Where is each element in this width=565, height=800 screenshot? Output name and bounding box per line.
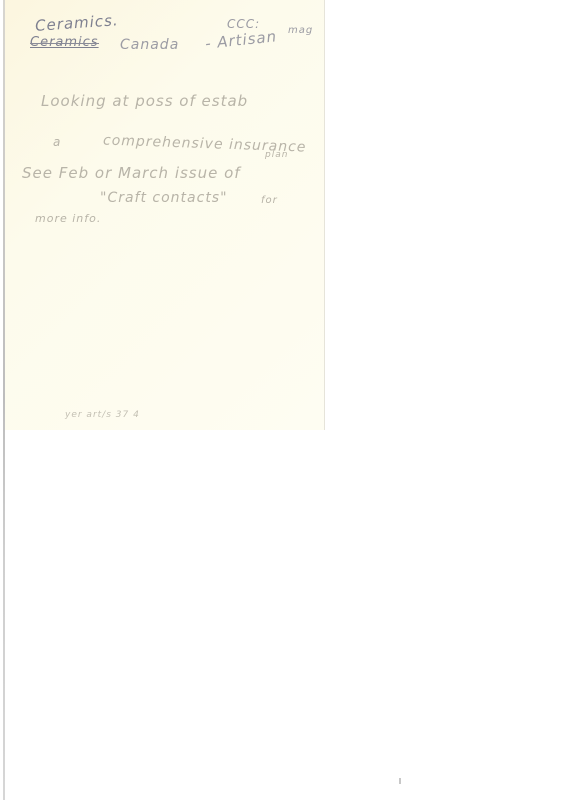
note-country: Canada — [120, 37, 179, 53]
note-source-suffix: mag — [288, 25, 313, 36]
note-line: for — [261, 195, 278, 206]
note-bullet: a — [53, 135, 61, 149]
note-insertion: plan — [265, 150, 288, 160]
note-line: See Feb or March issue of — [22, 164, 241, 182]
scan-artifact-mark — [399, 778, 401, 784]
note-line: "Craft contacts" — [100, 190, 228, 206]
note-title: Ceramics. — [34, 11, 119, 35]
struck-out-word: Ceramics — [30, 35, 99, 50]
note-line: Looking at poss of estab — [41, 92, 248, 110]
note-source: - Artisan — [204, 27, 278, 52]
handwritten-note-page: Ceramics. CCC: Ceramics Canada - Artisan… — [5, 0, 325, 430]
note-line: more info. — [35, 212, 101, 225]
archive-footer-note: yer art/s 37 4 — [65, 410, 140, 420]
